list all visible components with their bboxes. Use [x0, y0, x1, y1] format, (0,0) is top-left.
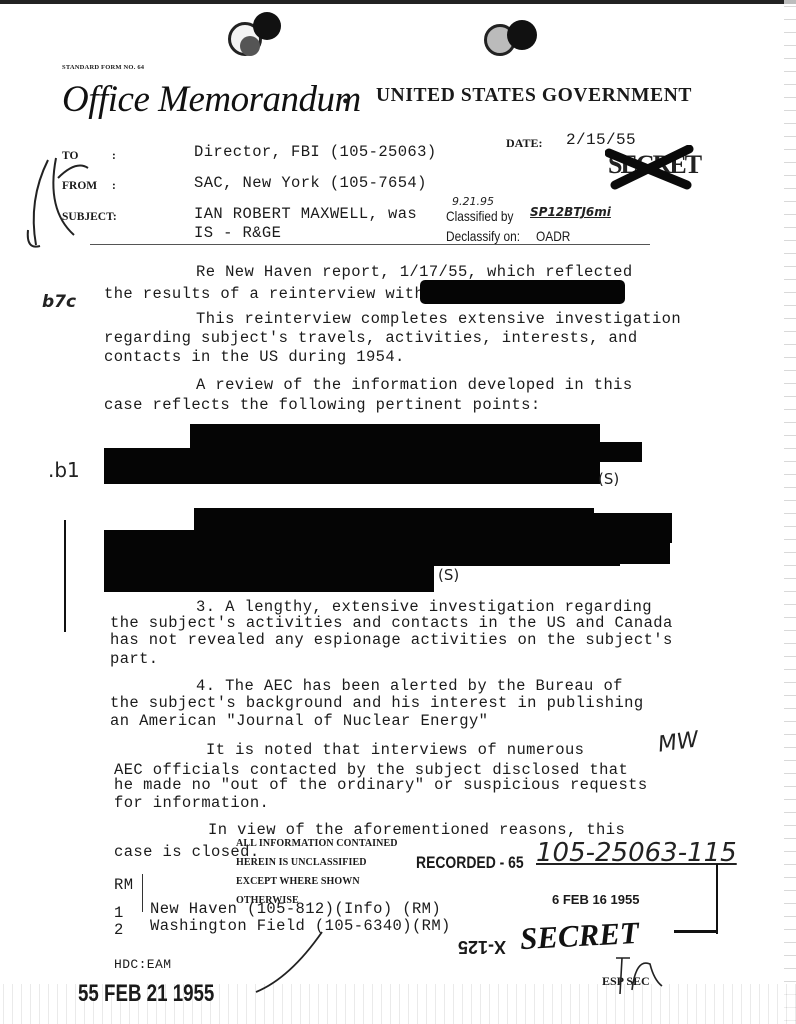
- upside-down-number-stamp: X-125: [458, 936, 506, 957]
- point4-line3: an American "Journal of Nuclear Energy": [110, 712, 488, 730]
- point3-line3: has not revealed any espionage activitie…: [110, 631, 673, 649]
- redaction-point2-bottom: [104, 560, 434, 592]
- file-number-handwritten: 105-25063-115: [536, 838, 737, 868]
- redaction-point1-tail: [600, 442, 642, 462]
- para1-line1: Re New Haven report, 1/17/55, which refl…: [196, 263, 633, 281]
- classified-by-label: Classified by: [446, 208, 513, 224]
- file-bracket-arrow: [674, 930, 718, 933]
- exemption-b1-note: .b1: [48, 458, 80, 482]
- para5-line1: It is noted that interviews of numerous: [206, 741, 584, 759]
- b1-bracket-line: [64, 520, 66, 632]
- redaction-point2-right-b: [618, 538, 670, 564]
- cc1-recipient: New Haven (105-812)(Info) (RM): [150, 900, 441, 918]
- file-bracket-line: [716, 864, 718, 934]
- para6-line1: In view of the aforementioned reasons, t…: [208, 821, 625, 839]
- form-title: Office Memorandum: [62, 78, 361, 121]
- recorded-stamp: RECORDED - 65: [416, 853, 524, 873]
- handwritten-stroke-icon: [250, 928, 330, 998]
- para2-line2: regarding subject's travels, activities,…: [104, 329, 638, 347]
- point4-line1: 4. The AEC has been alerted by the Burea…: [196, 677, 623, 695]
- redaction-marker-s-1: (S): [598, 470, 619, 488]
- redaction-marker-s-2: (S): [438, 566, 459, 584]
- typist-initials: HDC:EAM: [114, 957, 171, 972]
- unclassified-stamp-line3: EXCEPT WHERE SHOWN: [236, 876, 360, 887]
- punch-hole-left-shadow: [240, 36, 260, 56]
- cross-out-mark-icon: [605, 145, 695, 190]
- unclassified-stamp-line2: HEREIN IS UNCLASSIFIED: [236, 857, 367, 868]
- declassify-value: OADR: [536, 228, 570, 244]
- point3-line4: part.: [110, 650, 159, 668]
- routing-bracket-line: [142, 874, 143, 912]
- redaction-point1-bottom: [104, 448, 600, 484]
- subject-line-2: IS - R&GE: [194, 224, 281, 242]
- subject-rule: [90, 244, 650, 245]
- from-value: SAC, New York (105-7654): [194, 174, 427, 192]
- para2-line3: contacts in the US during 1954.: [104, 348, 405, 366]
- para1-line2: the results of a reinterview with: [104, 285, 424, 303]
- redaction-name: [420, 280, 625, 304]
- exemption-b7c-note: b7c: [42, 292, 76, 312]
- initials-right-handwritten: MW: [656, 727, 700, 757]
- from-colon: :: [112, 180, 116, 192]
- para5-line4: for information.: [114, 794, 269, 812]
- to-value: Director, FBI (105-25063): [194, 143, 437, 161]
- para3-line1: A review of the information developed in…: [196, 376, 633, 394]
- para3-line2: case reflects the following pertinent po…: [104, 396, 541, 414]
- subject-line-1: IAN ROBERT MAXWELL, was: [194, 205, 417, 223]
- para5-line3: he made no "out of the ordinary" or susp…: [114, 776, 648, 794]
- unclassified-stamp-line1: ALL INFORMATION CONTAINED: [236, 838, 398, 849]
- punch-hole-right-filled: [507, 20, 537, 50]
- title-separator: •: [342, 91, 349, 114]
- page-top-edge: [0, 0, 796, 4]
- cc2-count: 2: [114, 921, 124, 939]
- routing-rm: RM: [114, 876, 133, 894]
- cc1-count: 1: [114, 904, 124, 922]
- indexed-date-stamp: 6 FEB 16 1955: [552, 892, 639, 907]
- point4-line2: the subject's background and his interes…: [110, 694, 644, 712]
- to-colon: :: [112, 150, 116, 162]
- initials-handwritten-icon: [18, 150, 98, 260]
- classified-by-value: SP12BTJ6mi: [530, 205, 611, 219]
- punch-hole-left-filled: [253, 12, 281, 40]
- point3-line2: the subject's activities and contacts in…: [110, 614, 673, 632]
- initials-scribble-icon: [606, 950, 666, 1000]
- bottom-date-stamp: 55 FEB 21 1955: [78, 980, 214, 1008]
- para2-line1: This reinterview completes extensive inv…: [196, 310, 681, 328]
- scan-noise-right: [784, 0, 796, 1024]
- form-number: STANDARD FORM NO. 64: [62, 64, 144, 71]
- agency-name: UNITED STATES GOVERNMENT: [376, 85, 692, 107]
- classified-date-handwritten: 9.21.95: [452, 195, 494, 208]
- declassify-label: Declassify on:: [446, 228, 520, 244]
- date-label: DATE:: [506, 136, 542, 151]
